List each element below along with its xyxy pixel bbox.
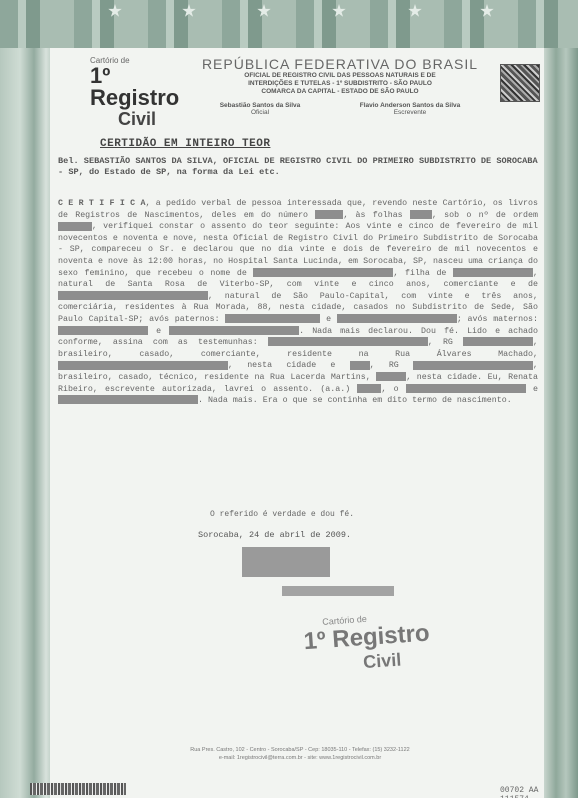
officer-left-name: Sebastião Santos da Silva	[220, 102, 301, 109]
redacted-officer-name	[282, 586, 394, 596]
redaction-bar	[453, 268, 533, 277]
decorative-border-left	[0, 48, 50, 798]
certifica-label: C E R T I F I C A	[58, 199, 145, 208]
redaction-bar	[169, 326, 299, 335]
redacted-signature	[242, 547, 330, 577]
certificate-body: C E R T I F I C A, a pedido verbal de pe…	[58, 198, 538, 407]
decorative-border-right	[544, 48, 578, 798]
redaction-bar	[58, 326, 148, 335]
redaction-bar	[225, 314, 320, 323]
intro-paragraph: Bel. SEBASTIÃO SANTOS DA SILVA, OFICIAL …	[58, 156, 538, 178]
redaction-bar	[315, 210, 343, 219]
redaction-bar	[376, 372, 406, 381]
redaction-bar	[58, 222, 92, 231]
officer-right-role: Escrevente	[360, 109, 461, 116]
officer-left-role: Oficial	[220, 109, 301, 116]
redaction-bar	[350, 361, 370, 370]
officer-right: Flavio Anderson Santos da Silva Escreven…	[360, 102, 461, 116]
registry-logo: Cartório de 1º Registro Civil	[90, 56, 190, 126]
barcode	[30, 783, 126, 795]
closing-text: O referido é verdade e dou fé.	[210, 510, 354, 519]
redaction-bar	[463, 337, 533, 346]
document-header: REPÚBLICA FEDERATIVA DO BRASIL OFICIAL D…	[190, 56, 490, 116]
serial-number: 00702 AA 111574	[500, 786, 544, 798]
logo-line2: 1º Registro	[90, 65, 190, 109]
officers: Sebastião Santos da Silva Oficial Flavio…	[190, 102, 490, 116]
logo-line3: Civil	[118, 109, 190, 130]
star-icon	[480, 4, 494, 18]
qr-code	[500, 64, 540, 102]
star-icon	[108, 4, 122, 18]
footer-line: e-mail: 1registrocivil@terra.com.br - si…	[80, 754, 520, 762]
redaction-bar	[253, 268, 393, 277]
registry-stamp: Cartório de 1º Registro Civil	[302, 608, 458, 708]
redaction-bar	[58, 291, 208, 300]
redaction-bar	[357, 384, 381, 393]
star-icon	[182, 4, 196, 18]
certificate-paper: Cartório de 1º Registro Civil REPÚBLICA …	[50, 48, 544, 798]
office-line: OFICIAL DE REGISTRO CIVIL DAS PESSOAS NA…	[190, 72, 490, 80]
redaction-bar	[58, 361, 228, 370]
redaction-bar	[58, 395, 198, 404]
document-title: CERTIDÃO EM INTEIRO TEOR	[100, 138, 270, 150]
officer-right-name: Flavio Anderson Santos da Silva	[360, 102, 461, 109]
office-line: COMARCA DA CAPITAL - ESTADO DE SÃO PAULO	[190, 88, 490, 96]
redaction-bar	[410, 210, 432, 219]
redaction-bar	[337, 314, 457, 323]
redaction-bar	[413, 361, 533, 370]
redaction-bar	[268, 337, 428, 346]
redaction-bar	[406, 384, 526, 393]
republic-title: REPÚBLICA FEDERATIVA DO BRASIL	[190, 56, 490, 72]
star-icon	[408, 4, 422, 18]
officer-left: Sebastião Santos da Silva Oficial	[220, 102, 301, 116]
office-line: INTERDIÇÕES E TUTELAS - 1º SUBDISTRITO -…	[190, 80, 490, 88]
decorative-border-top	[0, 0, 578, 48]
place-date: Sorocaba, 24 de abril de 2009.	[198, 530, 351, 540]
footer-line: Rua Pres. Castro, 102 - Centro - Sorocab…	[80, 746, 520, 754]
star-icon	[257, 4, 271, 18]
footer-address: Rua Pres. Castro, 102 - Centro - Sorocab…	[80, 746, 520, 762]
star-icon	[332, 4, 346, 18]
